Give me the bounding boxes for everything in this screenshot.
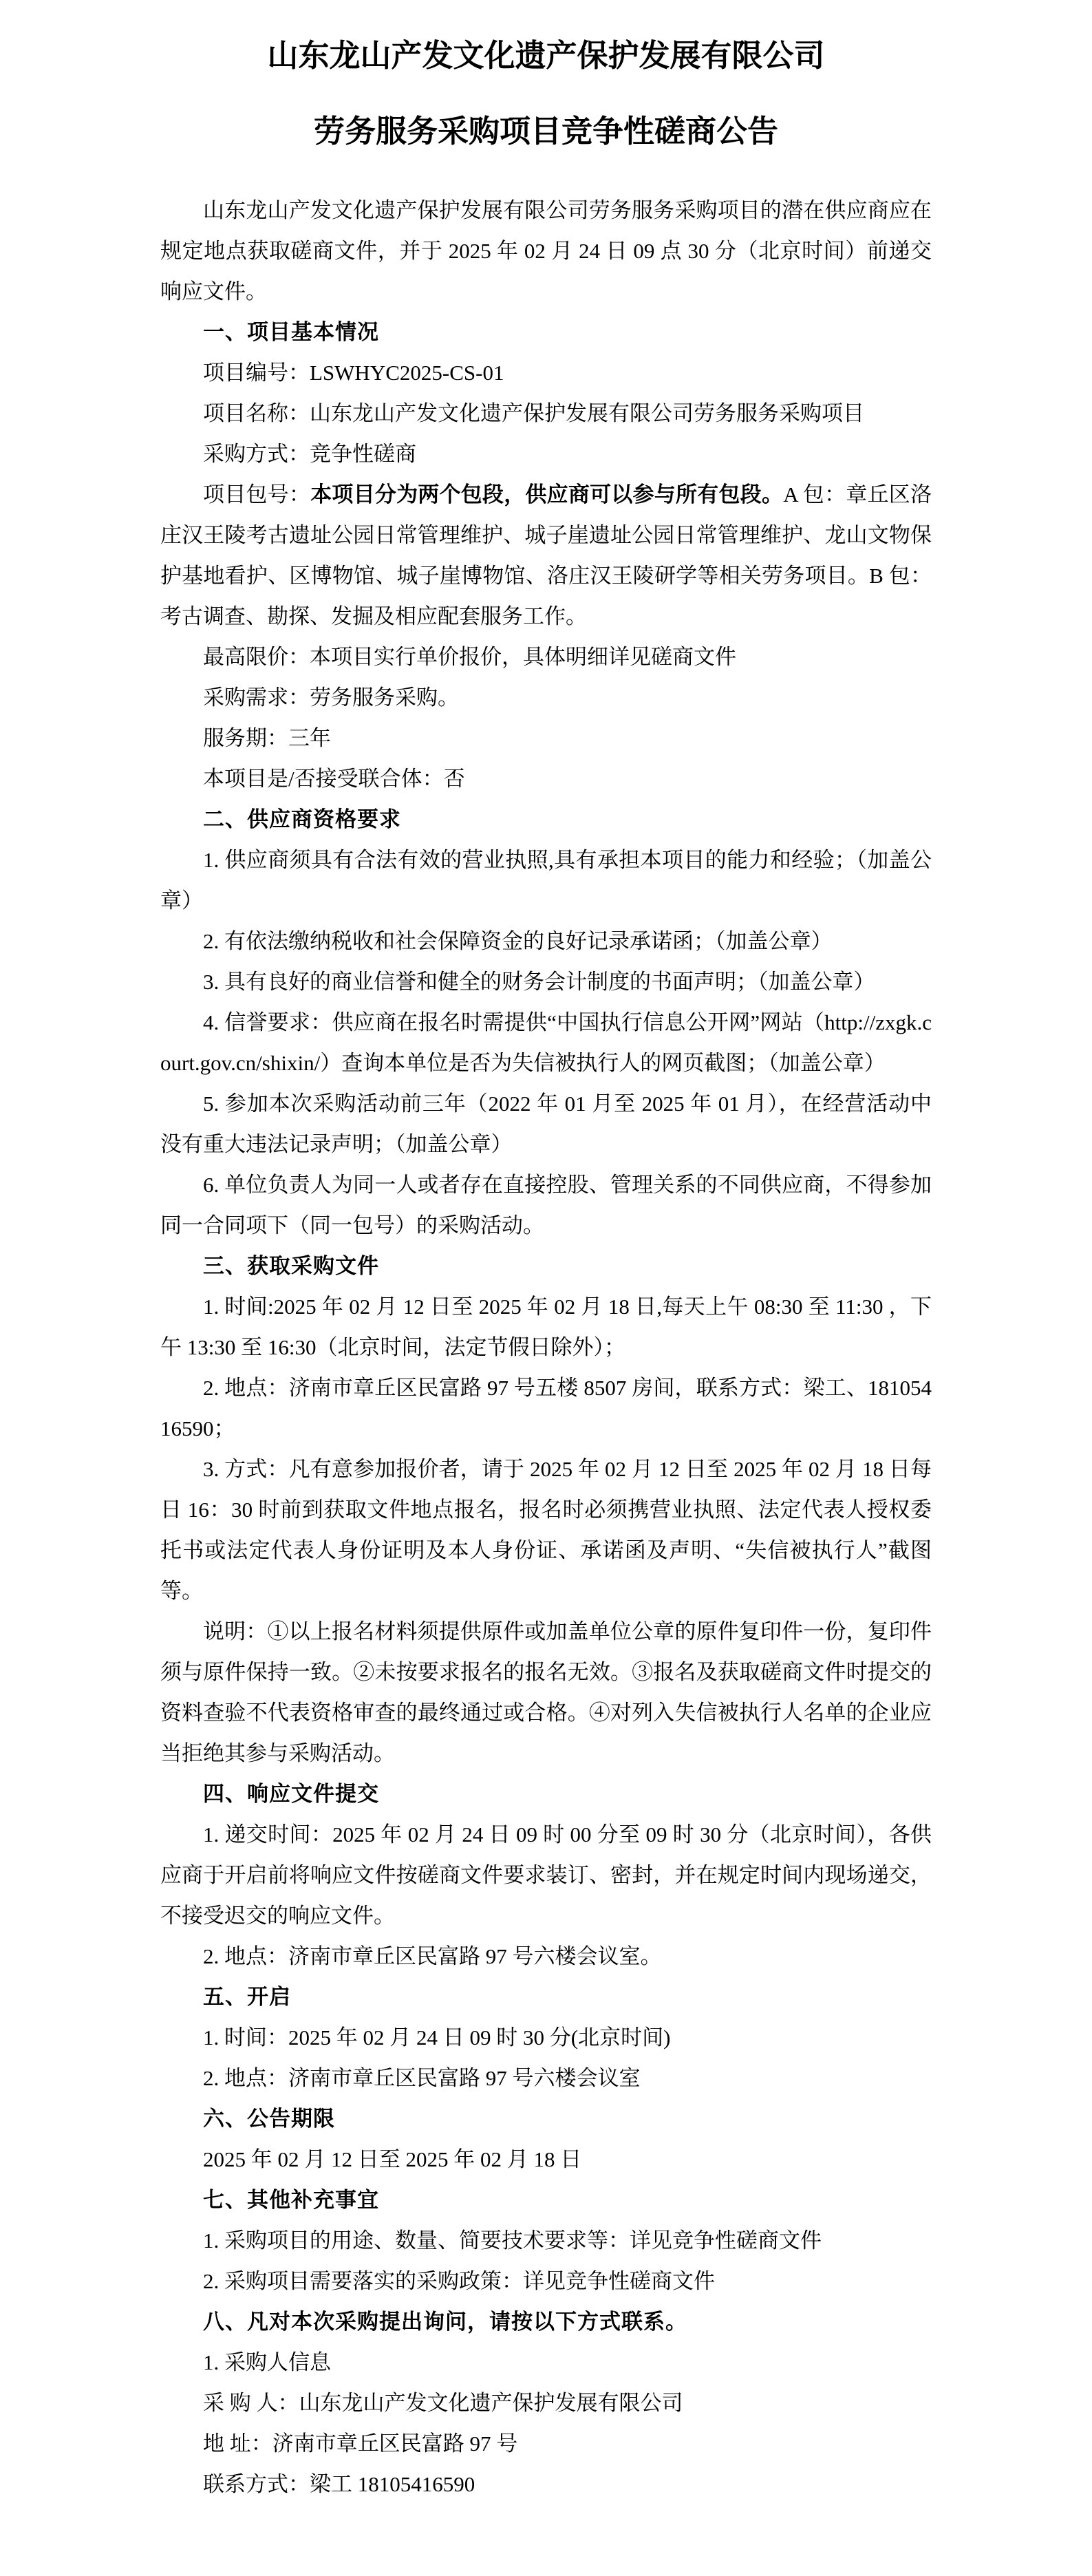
field-max-price: 最高限价：本项目实行单价报价，具体明细详见磋商文件 bbox=[160, 637, 932, 677]
opening-location: 2. 地点：济南市章丘区民富路 97 号六楼会议室 bbox=[160, 2058, 932, 2098]
obtain-notes: 说明：①以上报名材料须提供原件或加盖单位公章的原件复印件一份，复印件须与原件保持… bbox=[160, 1611, 932, 1774]
qualification-item-4: 4. 信誉要求：供应商在报名时需提供“中国执行信息公开网”网站（http://z… bbox=[160, 1002, 932, 1083]
intro-paragraph: 山东龙山产发文化遗产保护发展有限公司劳务服务采购项目的潜在供应商应在规定地点获取… bbox=[160, 190, 932, 312]
field-project-packages: 项目包号：本项目分为两个包段，供应商可以参与所有包段。A 包：章丘区洛庄汉王陵考… bbox=[160, 474, 932, 637]
field-project-number: 项目编号：LSWHYC2025-CS-01 bbox=[160, 352, 932, 393]
section-heading-obtain-documents: 三、获取采购文件 bbox=[160, 1246, 932, 1286]
other-matters-item-2: 2. 采购项目需要落实的采购政策：详见竞争性磋商文件 bbox=[160, 2261, 932, 2301]
obtain-location: 2. 地点：济南市章丘区民富路 97 号五楼 8507 房间，联系方式：梁工、1… bbox=[160, 1367, 932, 1449]
obtain-method: 3. 方式：凡有意参加报价者，请于 2025 年 02 月 12 日至 2025… bbox=[160, 1449, 932, 1611]
opening-time: 1. 时间：2025 年 02 月 24 日 09 时 30 分(北京时间) bbox=[160, 2017, 932, 2058]
announcement-period-dates: 2025 年 02 月 12 日至 2025 年 02 月 18 日 bbox=[160, 2139, 932, 2180]
field-consortium-accepted: 本项目是/否接受联合体：否 bbox=[160, 758, 932, 799]
section-heading-project-basics: 一、项目基本情况 bbox=[160, 312, 932, 352]
document-title: 山东龙山产发文化遗产保护发展有限公司 bbox=[160, 33, 932, 78]
field-procurement-method: 采购方式：竞争性磋商 bbox=[160, 434, 932, 474]
qualification-item-2: 2. 有依法缴纳税收和社会保障资金的良好记录承诺函；（加盖公章） bbox=[160, 921, 932, 961]
qualification-item-1: 1. 供应商须具有合法有效的营业执照,具有承担本项目的能力和经验；（加盖公章） bbox=[160, 840, 932, 921]
qualification-item-3: 3. 具有良好的商业信誉和健全的财务会计制度的书面声明；（加盖公章） bbox=[160, 961, 932, 1002]
document-page: 山东龙山产发文化遗产保护发展有限公司 劳务服务采购项目竞争性磋商公告 山东龙山产… bbox=[0, 0, 1092, 2576]
field-service-period: 服务期：三年 bbox=[160, 718, 932, 758]
purchaser-address: 地 址：济南市章丘区民富路 97 号 bbox=[160, 2423, 932, 2464]
section-heading-contact: 八、凡对本次采购提出询问，请按以下方式联系。 bbox=[160, 2301, 932, 2342]
section-heading-response-submission: 四、响应文件提交 bbox=[160, 1774, 932, 1814]
field-procurement-demand: 采购需求：劳务服务采购。 bbox=[160, 677, 932, 718]
qualification-item-5: 5. 参加本次采购活动前三年（2022 年 01 月至 2025 年 01 月）… bbox=[160, 1083, 932, 1164]
section-heading-opening: 五、开启 bbox=[160, 1977, 932, 2017]
document-subtitle: 劳务服务采购项目竞争性磋商公告 bbox=[160, 109, 932, 154]
field-project-name: 项目名称：山东龙山产发文化遗产保护发展有限公司劳务服务采购项目 bbox=[160, 393, 932, 434]
section-heading-announcement-period: 六、公告期限 bbox=[160, 2098, 932, 2139]
other-matters-item-1: 1. 采购项目的用途、数量、简要技术要求等：详见竞争性磋商文件 bbox=[160, 2220, 932, 2261]
obtain-time: 1. 时间:2025 年 02 月 12 日至 2025 年 02 月 18 日… bbox=[160, 1286, 932, 1367]
section-heading-other-matters: 七、其他补充事宜 bbox=[160, 2180, 932, 2220]
purchaser-contact: 联系方式：梁工 18105416590 bbox=[160, 2464, 932, 2504]
submission-time: 1. 递交时间：2025 年 02 月 24 日 09 时 00 分至 09 时… bbox=[160, 1814, 932, 1936]
purchaser-name: 采 购 人：山东龙山产发文化遗产保护发展有限公司 bbox=[160, 2383, 932, 2423]
section-heading-supplier-qualifications: 二、供应商资格要求 bbox=[160, 799, 932, 840]
purchaser-info-label: 1. 采购人信息 bbox=[160, 2342, 932, 2383]
qualification-item-6: 6. 单位负责人为同一人或者存在直接控股、管理关系的不同供应商，不得参加同一合同… bbox=[160, 1164, 932, 1246]
submission-location: 2. 地点：济南市章丘区民富路 97 号六楼会议室。 bbox=[160, 1936, 932, 1977]
